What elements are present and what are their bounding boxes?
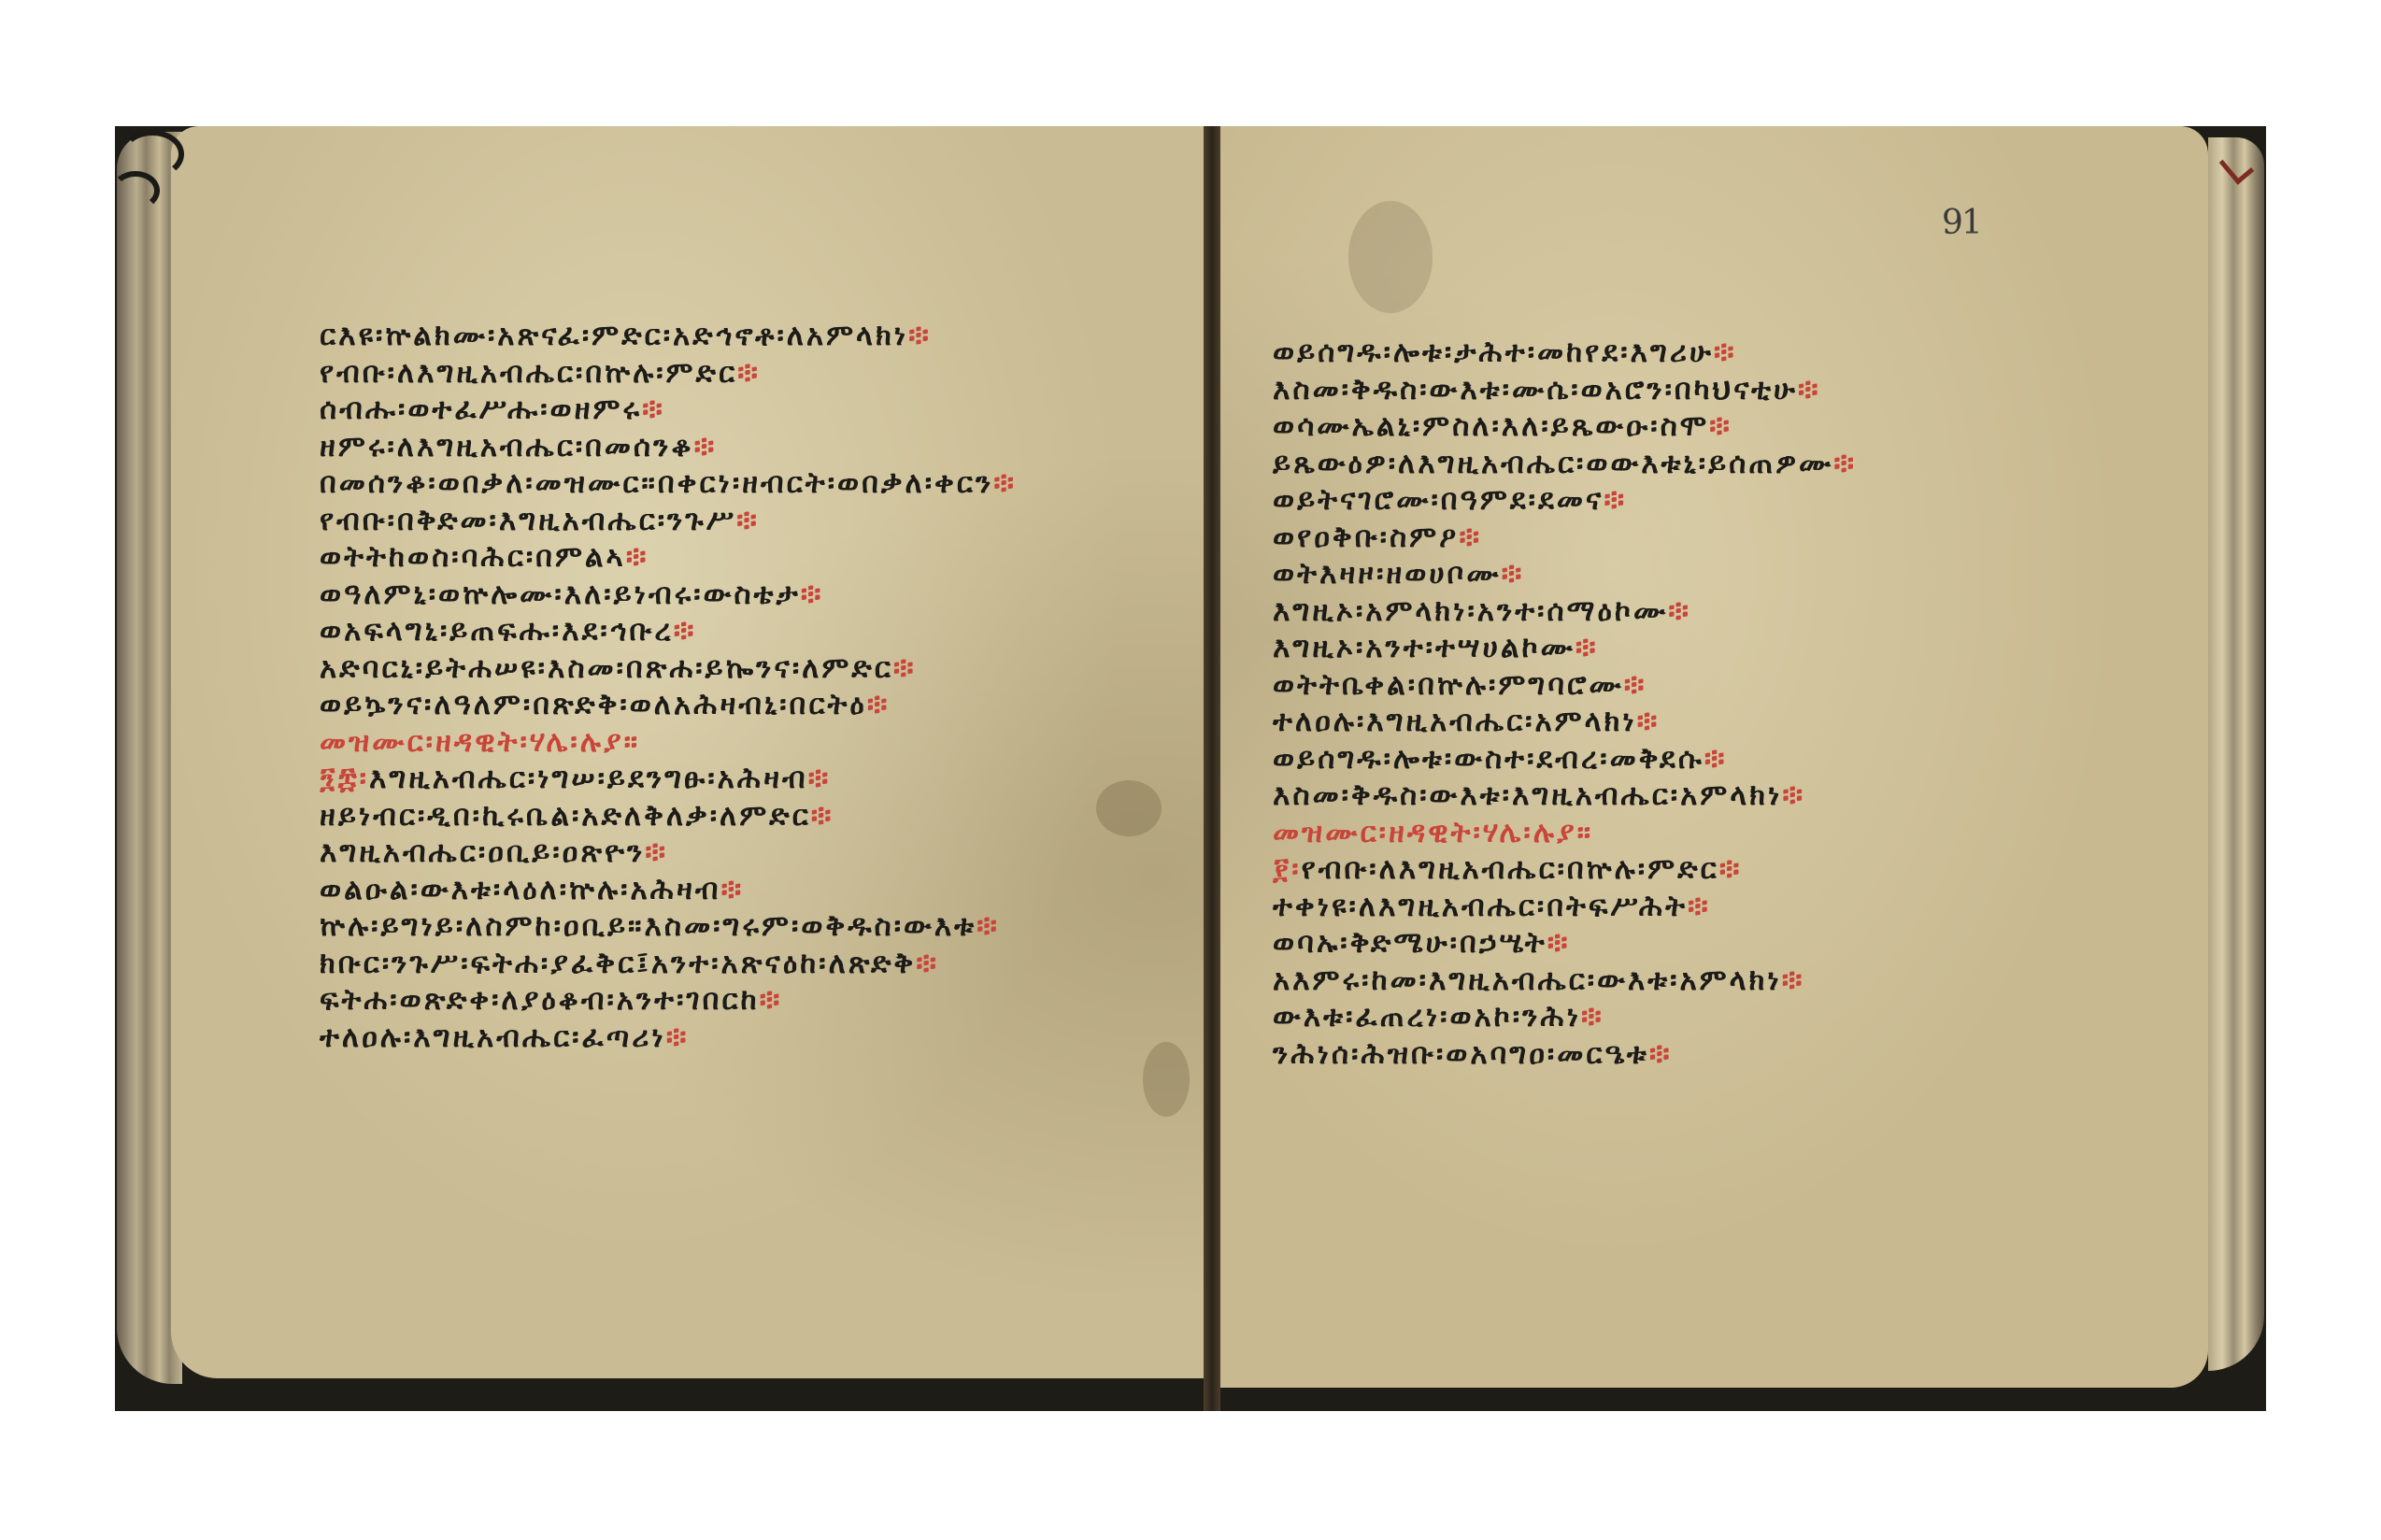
word-separator: ፡ [360,762,369,795]
text-line: እግዚአብሔር፡ዐቢይ፡ዐጽዮን፨ [320,834,1017,872]
line-text: ወልዑል፡ውእቱ፡ላዕለ፡ኵሉ፡አሕዛብ [320,873,721,906]
line-text: በመሰንቆ፡ወበቃለ፡መዝሙር።በቀርነ፡ዘብርት፡ወበቃለ፡ቀርን [320,466,993,500]
text-line: ወየዐቅቡ፡ስምዖ፨ [1273,520,1857,557]
line-text: ወይሰግዱ፡ሎቱ፡ውስተ፡ደብረ፡መቅደሱ [1273,742,1704,776]
text-line: ወትትከወስ፡ባሕር፡በምልኣ፨ [320,539,1017,577]
text-line: ወዓለምኒ፡ወኵሎሙ፡እለ፡ይነብሩ፡ውስቴታ፨ [320,577,1017,614]
text-line: የብቡ፡ለእግዚአብሔር፡በኵሉ፡ምድር፨ [320,355,1017,392]
line-text: የብቡ፡በቅድመ፡እግዚአብሔር፡ንጉሥ [320,504,736,537]
verse-mark-icon: ፨ [1459,520,1482,554]
line-text: ተቀነዩ፡ለእግዚአብሔር፡በትፍሥሕት [1273,890,1688,923]
rubric-heading: መዝሙር፡ዘዳዊት፡ሃሌ፡ሉያ። [320,724,1017,762]
verse-mark-icon: ፨ [694,430,718,463]
line-text: ርእዩ፡ኵልክሙ፡አጽናፈ፡ምድር፡አድኅኖቶ፡ለአምላክነ [320,319,908,352]
text-line: ፻፡የብቡ፡ለእግዚአብሔር፡በኵሉ፡ምድር፨ [1273,851,1857,889]
text-line: ወይሰግዱ፡ሎቱ፡ታሕተ፡መከየደ፡እግሪሁ፨ [1273,335,1857,372]
verse-mark-icon: ፨ [908,319,932,352]
line-text: የብቡ፡ለእግዚአብሔር፡በኵሉ፡ምድር [320,356,737,390]
psalm-number: ፻ [1273,852,1291,886]
verse-mark-icon: ፨ [1649,1037,1673,1071]
line-text: አድባርኒ፡ይትሐሠዩ፡እስመ፡በጽሐ፡ይኰንና፡ለምድር [320,651,893,685]
text-line: ዘምሩ፡ለእግዚአብሔር፡በመሰንቆ፨ [320,429,1017,466]
text-line: አድባርኒ፡ይትሐሠዩ፡እስመ፡በጽሐ፡ይኰንና፡ለምድር፨ [320,650,1017,688]
verse-mark-icon: ፨ [1798,373,1821,406]
line-text: ወይሰግዱ፡ሎቱ፡ታሕተ፡መከየደ፡እግሪሁ [1273,335,1714,369]
rubric-heading: መዝሙር፡ዘዳዊት፡ሃሌ፡ሉያ። [1273,815,1857,852]
line-text: ውእቱ፡ፈጠረነ፡ወአኮ፡ንሕነ [1273,1000,1581,1034]
verse-mark-icon: ፨ [1502,557,1525,591]
gutter [1204,126,1220,1411]
verse-mark-icon: ፨ [666,1020,690,1054]
line-text: እስመ፡ቅዱስ፡ውእቱ፡ሙሴ፡ወአሮን፡በካህናቲሁ [1273,373,1798,406]
verse-mark-icon: ፨ [867,688,891,721]
text-line: ተለዐሉ፡እግዚአብሔር፡ፈጣሪነ፨ [320,1020,1017,1057]
text-line: ንሕነሰ፡ሕዝቡ፡ወአባግዐ፡መርዔቱ፨ [1273,1036,1857,1074]
text-line: ርእዩ፡ኵልክሙ፡አጽናፈ፡ምድር፡አድኅኖቶ፡ለአምላክነ፨ [320,318,1017,355]
text-line: ፺፰፡እግዚአብሔር፡ነግሠ፡ይደንግፁ፡አሕዛብ፨ [320,761,1017,798]
line-text: መዝሙር፡ዘዳዊት፡ሃሌ፡ሉያ። [320,725,640,759]
verse-mark-icon: ፨ [1833,447,1857,480]
right-page-text: ወይሰግዱ፡ሎቱ፡ታሕተ፡መከየደ፡እግሪሁ፨እስመ፡ቅዱስ፡ውእቱ፡ሙሴ፡ወአ… [1273,335,1857,1073]
verse-mark-icon: ፨ [811,799,834,833]
line-text: የብቡ፡ለእግዚአብሔር፡በኵሉ፡ምድር [1302,852,1719,886]
verse-mark-icon: ፨ [737,356,761,390]
text-line: ወትእዛዞ፡ዘወሀቦሙ፨ [1273,556,1857,593]
line-text: እግዚአብሔር፡ዐቢይ፡ዐጽዮን [320,835,645,869]
line-text: ክቡር፡ንጉሥ፡ፍትሐ፡ያፈቅር፤አንተ፡አጽናዕከ፡ለጽድቅ [320,947,916,980]
verse-mark-icon: ፨ [893,651,917,685]
text-line: የብቡ፡በቅድመ፡እግዚአብሔር፡ንጉሥ፨ [320,503,1017,540]
verse-mark-icon: ፨ [1782,963,1805,997]
line-text: ወይትናገሮሙ፡በዓምደ፡ደመና [1273,483,1604,517]
line-text: ወትእዛዞ፡ዘወሀቦሙ [1273,557,1502,591]
stain [1348,201,1433,313]
verse-mark-icon: ፨ [736,504,760,537]
text-line: ወልዑል፡ውእቱ፡ላዕለ፡ኵሉ፡አሕዛብ፨ [320,872,1017,909]
left-page-text: ርእዩ፡ኵልክሙ፡አጽናፈ፡ምድር፡አድኅኖቶ፡ለአምላክነ፨የብቡ፡ለእግዚአ… [320,318,1017,1056]
text-line: አእምሩ፡ከመ፡እግዚአብሔር፡ውእቱ፡አምላክነ፨ [1273,962,1857,1000]
verse-mark-icon: ፨ [1782,778,1805,812]
text-line: ወአፍላግኒ፡ይጠፍሑ፡እደ፡ኅቡረ፨ [320,613,1017,650]
text-line: እስመ፡ቅዱስ፡ውእቱ፡ሙሴ፡ወአሮን፡በካህናቲሁ፨ [1273,372,1857,409]
verse-mark-icon: ፨ [645,835,668,869]
line-text: ወባኡ፡ቅድሜሁ፡በኃሤት [1273,926,1547,960]
line-text: ንሕነሰ፡ሕዝቡ፡ወአባግዐ፡መርዔቱ [1273,1037,1649,1071]
line-text: እግዚኦ፡አንተ፡ተሣሀልኮሙ [1273,631,1575,664]
text-line: ኵሉ፡ይግነይ፡ለስምከ፡ዐቢይ።እስመ፡ግሩም፡ወቅዱስ፡ውእቱ፨ [320,908,1017,946]
text-line: ወትትቤቀል፡በኵሉ፡ምግባሮሙ፨ [1273,667,1857,705]
line-text: ዘምሩ፡ለእግዚአብሔር፡በመሰንቆ [320,430,694,463]
verse-mark-icon: ፨ [674,614,697,648]
line-text: ተለዐሉ፡እግዚአብሔር፡ፈጣሪነ [320,1020,666,1054]
line-text: ወትትከወስ፡ባሕር፡በምልኣ [320,540,626,574]
verse-mark-icon: ፨ [916,947,939,980]
line-text: ፍትሐ፡ወጽድቀ፡ለያዕቆብ፡አንተ፡ገበርከ [320,983,760,1017]
word-separator: ፡ [1291,852,1301,886]
line-text: ሰብሑ፡ወተፈሥሑ፡ወዘምሩ [320,392,642,426]
line-text: አእምሩ፡ከመ፡እግዚአብሔር፡ውእቱ፡አምላክነ [1273,963,1782,997]
verse-mark-icon: ፨ [1624,668,1647,702]
verse-mark-icon: ፨ [642,392,665,426]
verse-mark-icon: ፨ [626,540,649,574]
line-text: እስመ፡ቅዱስ፡ውእቱ፡እግዚአብሔር፡አምላክነ [1273,778,1782,812]
line-text: ወዓለምኒ፡ወኵሎሙ፡እለ፡ይነብሩ፡ውስቴታ [320,577,801,611]
verse-mark-icon: ፨ [1709,409,1732,443]
verse-mark-icon: ፨ [1704,742,1728,776]
text-line: ወይሰግዱ፡ሎቱ፡ውስተ፡ደብረ፡መቅደሱ፨ [1273,741,1857,778]
text-line: ወይትናገሮሙ፡በዓምደ፡ደመና፨ [1273,482,1857,520]
line-text: ወሳሙኤልኒ፡ምስለ፡እለ፡ይጼውዑ፡ስሞ [1273,409,1709,443]
text-line: እግዚኦ፡አንተ፡ተሣሀልኮሙ፨ [1273,630,1857,667]
verse-mark-icon: ፨ [1637,705,1661,738]
line-text: እግዚአብሔር፡ነግሠ፡ይደንግፁ፡አሕዛብ [369,762,808,795]
psalm-number: ፺፰ [320,762,360,795]
verse-mark-icon: ፨ [808,762,832,795]
line-text: ተለዐሉ፡እግዚአብሔር፡አምላክነ [1273,705,1637,738]
line-text: እግዚኦ፡አምላክነ፡አንተ፡ሰማዕኮሙ [1273,594,1668,628]
text-line: እግዚኦ፡አምላክነ፡አንተ፡ሰማዕኮሙ፨ [1273,593,1857,631]
stain [1143,1042,1190,1117]
text-line: ዘይነብር፡ዲበ፡ኪሩቤል፡አድለቅለቃ፡ለምድር፨ [320,798,1017,835]
line-text: መዝሙር፡ዘዳዊት፡ሃሌ፡ሉያ። [1273,816,1593,849]
verse-mark-icon: ፨ [1688,890,1711,923]
verse-mark-icon: ፨ [993,466,1017,500]
line-text: ወአፍላግኒ፡ይጠፍሑ፡እደ፡ኅቡረ [320,614,674,648]
folio-number: 91 [1942,204,1981,242]
text-line: ተለዐሉ፡እግዚአብሔር፡አምላክነ፨ [1273,704,1857,741]
line-text: ኵሉ፡ይግነይ፡ለስምከ፡ዐቢይ።እስመ፡ግሩም፡ወቅዱስ፡ውእቱ [320,909,977,943]
text-line: ክቡር፡ንጉሥ፡ፍትሐ፡ያፈቅር፤አንተ፡አጽናዕከ፡ለጽድቅ፨ [320,946,1017,983]
line-text: ወትትቤቀል፡በኵሉ፡ምግባሮሙ [1273,668,1624,702]
verse-mark-icon: ፨ [1719,852,1743,886]
text-line: ወሳሙኤልኒ፡ምስለ፡እለ፡ይጼውዑ፡ስሞ፨ [1273,408,1857,446]
verse-mark-icon: ፨ [977,909,1000,943]
verse-mark-icon: ፨ [1575,631,1599,664]
verse-mark-icon: ፨ [1547,926,1571,960]
line-text: ወይኴንና፡ለዓለም፡በጽድቅ፡ወለአሕዛብኒ፡በርትዕ [320,688,867,721]
text-line: ውእቱ፡ፈጠረነ፡ወአኮ፡ንሕነ፨ [1273,999,1857,1036]
line-text: ይጼውዕዎ፡ለእግዚአብሔር፡ወውእቱኒ፡ይሰጠዎሙ [1273,447,1833,480]
text-line: በመሰንቆ፡ወበቃለ፡መዝሙር።በቀርነ፡ዘብርት፡ወበቃለ፡ቀርን፨ [320,465,1017,503]
verse-mark-icon: ፨ [1668,594,1691,628]
text-line: ተቀነዩ፡ለእግዚአብሔር፡በትፍሥሕት፨ [1273,889,1857,926]
verse-mark-icon: ፨ [1581,1000,1604,1034]
line-text: ወየዐቅቡ፡ስምዖ [1273,520,1459,554]
verse-mark-icon: ፨ [801,577,824,611]
text-line: ሰብሑ፡ወተፈሥሑ፡ወዘምሩ፨ [320,392,1017,429]
right-page-edges [2208,137,2264,1371]
text-line: እስመ፡ቅዱስ፡ውእቱ፡እግዚአብሔር፡አምላክነ፨ [1273,777,1857,815]
verse-mark-icon: ፨ [1714,335,1737,369]
text-line: ይጼውዕዎ፡ለእግዚአብሔር፡ወውእቱኒ፡ይሰጠዎሙ፨ [1273,446,1857,483]
text-line: ፍትሐ፡ወጽድቀ፡ለያዕቆብ፡አንተ፡ገበርከ፨ [320,982,1017,1020]
text-line: ወይኴንና፡ለዓለም፡በጽድቅ፡ወለአሕዛብኒ፡በርትዕ፨ [320,687,1017,724]
verse-mark-icon: ፨ [1604,483,1627,517]
stain [1096,780,1162,836]
verse-mark-icon: ፨ [760,983,783,1017]
verse-mark-icon: ፨ [721,873,745,906]
line-text: ዘይነብር፡ዲበ፡ኪሩቤል፡አድለቅለቃ፡ለምድር [320,799,811,833]
text-line: ወባኡ፡ቅድሜሁ፡በኃሤት፨ [1273,925,1857,962]
